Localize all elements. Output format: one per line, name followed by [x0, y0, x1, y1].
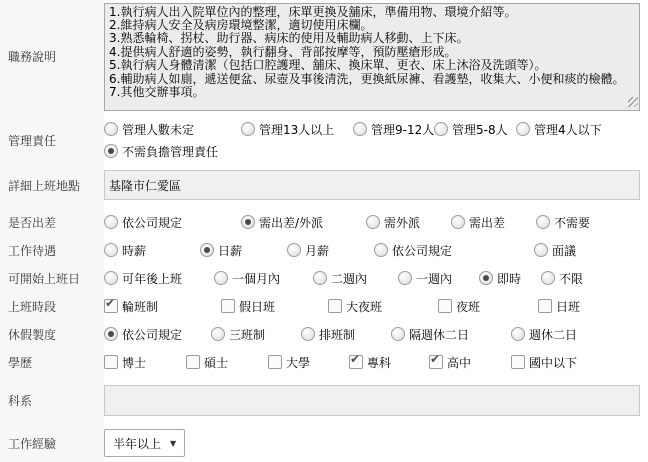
business-trip-label: 是否出差	[0, 208, 104, 236]
business-trip-option-4[interactable]: 需出差	[451, 214, 536, 231]
radio-icon	[104, 215, 118, 229]
radio-icon	[434, 122, 448, 136]
checkbox-icon	[429, 355, 443, 369]
leave-system-option-label: 週休二日	[529, 326, 577, 343]
major-label: 科系	[0, 385, 104, 416]
salary-type-option-5[interactable]: 面議	[534, 242, 576, 259]
leave-system-option-label: 隔週休二日	[409, 326, 469, 343]
checkbox-icon	[328, 299, 342, 313]
form-row-salary-type: 工作待遇 時薪日薪月薪依公司規定面議	[0, 236, 648, 264]
chevron-down-icon: ▼	[170, 439, 176, 448]
start-date-option-4[interactable]: 一週內	[398, 270, 479, 287]
management-duty-option-6[interactable]: 不需負擔管理責任	[104, 143, 218, 160]
form-row-business-trip: 是否出差 依公司規定需出差/外派需外派需出差不需要	[0, 208, 648, 236]
job-posting-form: 職務說明 1.執行病人出入院單位內的整理，床單更換及舖床，準備用物、環境介紹等。…	[0, 0, 648, 462]
radio-icon	[391, 327, 405, 341]
salary-type-option-1[interactable]: 時薪	[104, 242, 200, 259]
leave-system-option-label: 三班制	[229, 326, 265, 343]
salary-type-option-3[interactable]: 月薪	[287, 242, 374, 259]
checkbox-icon	[186, 355, 200, 369]
work-shift-option-label: 假日班	[239, 298, 275, 315]
education-option-5[interactable]: 高中	[429, 354, 511, 371]
start-date-option-label: 二週內	[331, 270, 367, 287]
work-location-label: 詳細上班地點	[0, 170, 104, 200]
education-option-label: 高中	[447, 354, 471, 371]
form-row-work-location: 詳細上班地點	[0, 170, 648, 200]
checkbox-icon	[104, 355, 118, 369]
radio-icon	[511, 327, 525, 341]
radio-icon	[398, 271, 412, 285]
work-shift-option-3[interactable]: 大夜班	[328, 298, 438, 315]
checkbox-icon	[268, 355, 282, 369]
education-options: 博士碩士大學專科高中國中以下	[104, 354, 640, 371]
radio-icon	[353, 122, 367, 136]
salary-type-option-2[interactable]: 日薪	[200, 242, 287, 259]
work-shift-label: 上班時段	[0, 292, 104, 320]
radio-icon	[374, 243, 388, 257]
radio-icon	[451, 215, 465, 229]
form-row-major: 科系	[0, 385, 648, 416]
business-trip-option-label: 需出差	[469, 214, 505, 231]
checkbox-icon	[221, 299, 235, 313]
salary-type-options: 時薪日薪月薪依公司規定面議	[104, 242, 640, 259]
start-date-option-label: 即時	[497, 270, 521, 287]
job-description-textarea[interactable]: 1.執行病人出入院單位內的整理，床單更換及舖床，準備用物、環境介紹等。 2.維持…	[104, 3, 640, 111]
education-option-label: 碩士	[204, 354, 228, 371]
radio-icon	[104, 271, 118, 285]
business-trip-option-3[interactable]: 需外派	[366, 214, 451, 231]
management-duty-option-label: 管理9-12人	[371, 121, 434, 138]
leave-system-option-2[interactable]: 三班制	[211, 326, 301, 343]
leave-system-option-5[interactable]: 週休二日	[511, 326, 577, 343]
radio-icon	[541, 271, 555, 285]
start-date-option-label: 一個月內	[232, 270, 280, 287]
education-option-label: 博士	[122, 354, 146, 371]
radio-icon	[313, 271, 327, 285]
resize-grip-icon[interactable]	[628, 97, 638, 107]
education-option-3[interactable]: 大學	[268, 354, 349, 371]
education-option-label: 專科	[367, 354, 391, 371]
start-date-option-3[interactable]: 二週內	[313, 270, 398, 287]
salary-type-label: 工作待遇	[0, 236, 104, 264]
business-trip-option-2[interactable]: 需出差/外派	[241, 214, 366, 231]
checkbox-icon	[438, 299, 452, 313]
start-date-label: 可開始上班日	[0, 264, 104, 292]
checkbox-icon	[104, 299, 118, 313]
work-shift-options: 輪班制假日班大夜班夜班日班	[104, 298, 640, 315]
management-duty-label: 管理責任	[0, 112, 104, 168]
business-trip-option-label: 不需要	[554, 214, 590, 231]
education-option-1[interactable]: 博士	[104, 354, 186, 371]
radio-icon	[479, 271, 493, 285]
radio-icon	[104, 327, 118, 341]
salary-type-option-4[interactable]: 依公司規定	[374, 242, 534, 259]
education-option-6[interactable]: 國中以下	[511, 354, 577, 371]
checkbox-icon	[349, 355, 363, 369]
start-date-options: 可年後上班一個月內二週內一週內即時不限	[104, 270, 640, 287]
radio-icon	[287, 243, 301, 257]
management-duty-option-label: 管理5-8人	[452, 121, 508, 138]
work-shift-option-label: 大夜班	[346, 298, 382, 315]
work-experience-label: 工作經驗	[0, 428, 104, 458]
radio-icon	[516, 122, 530, 136]
management-duty-options: 管理人數未定管理13人以上管理9-12人管理5-8人管理4人以下不需負擔管理責任	[104, 121, 640, 160]
salary-type-option-label: 日薪	[218, 242, 242, 259]
radio-icon	[241, 215, 255, 229]
salary-type-option-label: 月薪	[305, 242, 329, 259]
work-shift-option-2[interactable]: 假日班	[221, 298, 328, 315]
leave-system-option-label: 依公司規定	[122, 326, 182, 343]
leave-system-option-3[interactable]: 排班制	[301, 326, 391, 343]
leave-system-options: 依公司規定三班制排班制隔週休二日週休二日	[104, 326, 640, 343]
leave-system-option-1[interactable]: 依公司規定	[104, 326, 211, 343]
checkbox-icon	[538, 299, 552, 313]
leave-system-option-4[interactable]: 隔週休二日	[391, 326, 511, 343]
business-trip-option-label: 依公司規定	[122, 214, 182, 231]
start-date-option-5[interactable]: 即時	[479, 270, 541, 287]
radio-icon	[241, 122, 255, 136]
education-option-2[interactable]: 碩士	[186, 354, 268, 371]
management-duty-option-4[interactable]: 管理5-8人	[434, 121, 516, 138]
form-row-management-duty: 管理責任 管理人數未定管理13人以上管理9-12人管理5-8人管理4人以下不需負…	[0, 112, 648, 168]
radio-icon	[214, 271, 228, 285]
start-date-option-2[interactable]: 一個月內	[214, 270, 313, 287]
radio-icon	[211, 327, 225, 341]
education-label: 學歷	[0, 348, 104, 376]
start-date-option-label: 可年後上班	[122, 270, 182, 287]
radio-icon	[104, 243, 118, 257]
major-input[interactable]	[104, 385, 640, 416]
education-option-4[interactable]: 專科	[349, 354, 429, 371]
salary-type-option-label: 時薪	[122, 242, 146, 259]
work-shift-option-5[interactable]: 日班	[538, 298, 580, 315]
form-row-leave-system: 休假製度 依公司規定三班制排班制隔週休二日週休二日	[0, 320, 648, 348]
radio-icon	[534, 243, 548, 257]
business-trip-option-label: 需外派	[384, 214, 420, 231]
work-shift-option-label: 日班	[556, 298, 580, 315]
management-duty-option-2[interactable]: 管理13人以上	[241, 121, 353, 138]
work-experience-select[interactable]: 半年以上 ▼	[104, 429, 185, 457]
radio-icon	[366, 215, 380, 229]
form-row-education: 學歷 博士碩士大學專科高中國中以下	[0, 348, 648, 376]
business-trip-option-1[interactable]: 依公司規定	[104, 214, 241, 231]
management-duty-option-label: 管理人數未定	[122, 121, 194, 138]
radio-icon	[536, 215, 550, 229]
education-option-label: 大學	[286, 354, 310, 371]
radio-icon	[104, 122, 118, 136]
start-date-option-label: 一週內	[416, 270, 452, 287]
work-experience-select-value: 半年以上	[113, 435, 161, 452]
management-duty-option-1[interactable]: 管理人數未定	[104, 121, 241, 138]
form-row-job-description: 職務說明 1.執行病人出入院單位內的整理，床單更換及舖床，準備用物、環境介紹等。…	[0, 0, 648, 112]
salary-type-option-label: 依公司規定	[392, 242, 452, 259]
checkbox-icon	[511, 355, 525, 369]
salary-type-option-label: 面議	[552, 242, 576, 259]
form-row-work-shift: 上班時段 輪班制假日班大夜班夜班日班	[0, 292, 648, 320]
management-duty-option-3[interactable]: 管理9-12人	[353, 121, 434, 138]
management-duty-option-label: 管理13人以上	[259, 121, 334, 138]
business-trip-option-label: 需出差/外派	[259, 214, 323, 231]
work-shift-option-label: 輪班制	[122, 298, 158, 315]
start-date-option-1[interactable]: 可年後上班	[104, 270, 214, 287]
education-option-label: 國中以下	[529, 354, 577, 371]
management-duty-option-label: 管理4人以下	[534, 121, 602, 138]
start-date-option-label: 不限	[559, 270, 583, 287]
radio-icon	[301, 327, 315, 341]
leave-system-label: 休假製度	[0, 320, 104, 348]
job-description-label: 職務說明	[0, 0, 104, 112]
business-trip-options: 依公司規定需出差/外派需外派需出差不需要	[104, 214, 640, 231]
start-date-option-6[interactable]: 不限	[541, 270, 583, 287]
work-shift-option-4[interactable]: 夜班	[438, 298, 538, 315]
work-shift-option-label: 夜班	[456, 298, 480, 315]
radio-icon	[200, 243, 214, 257]
work-shift-option-1[interactable]: 輪班制	[104, 298, 221, 315]
form-row-work-experience: 工作經驗 半年以上 ▼	[0, 428, 648, 458]
work-location-input[interactable]	[104, 170, 640, 200]
radio-icon	[104, 144, 118, 158]
management-duty-option-label: 不需負擔管理責任	[122, 143, 218, 160]
management-duty-option-5[interactable]: 管理4人以下	[516, 121, 636, 138]
leave-system-option-label: 排班制	[319, 326, 355, 343]
form-row-start-date: 可開始上班日 可年後上班一個月內二週內一週內即時不限	[0, 264, 648, 292]
business-trip-option-5[interactable]: 不需要	[536, 214, 590, 231]
